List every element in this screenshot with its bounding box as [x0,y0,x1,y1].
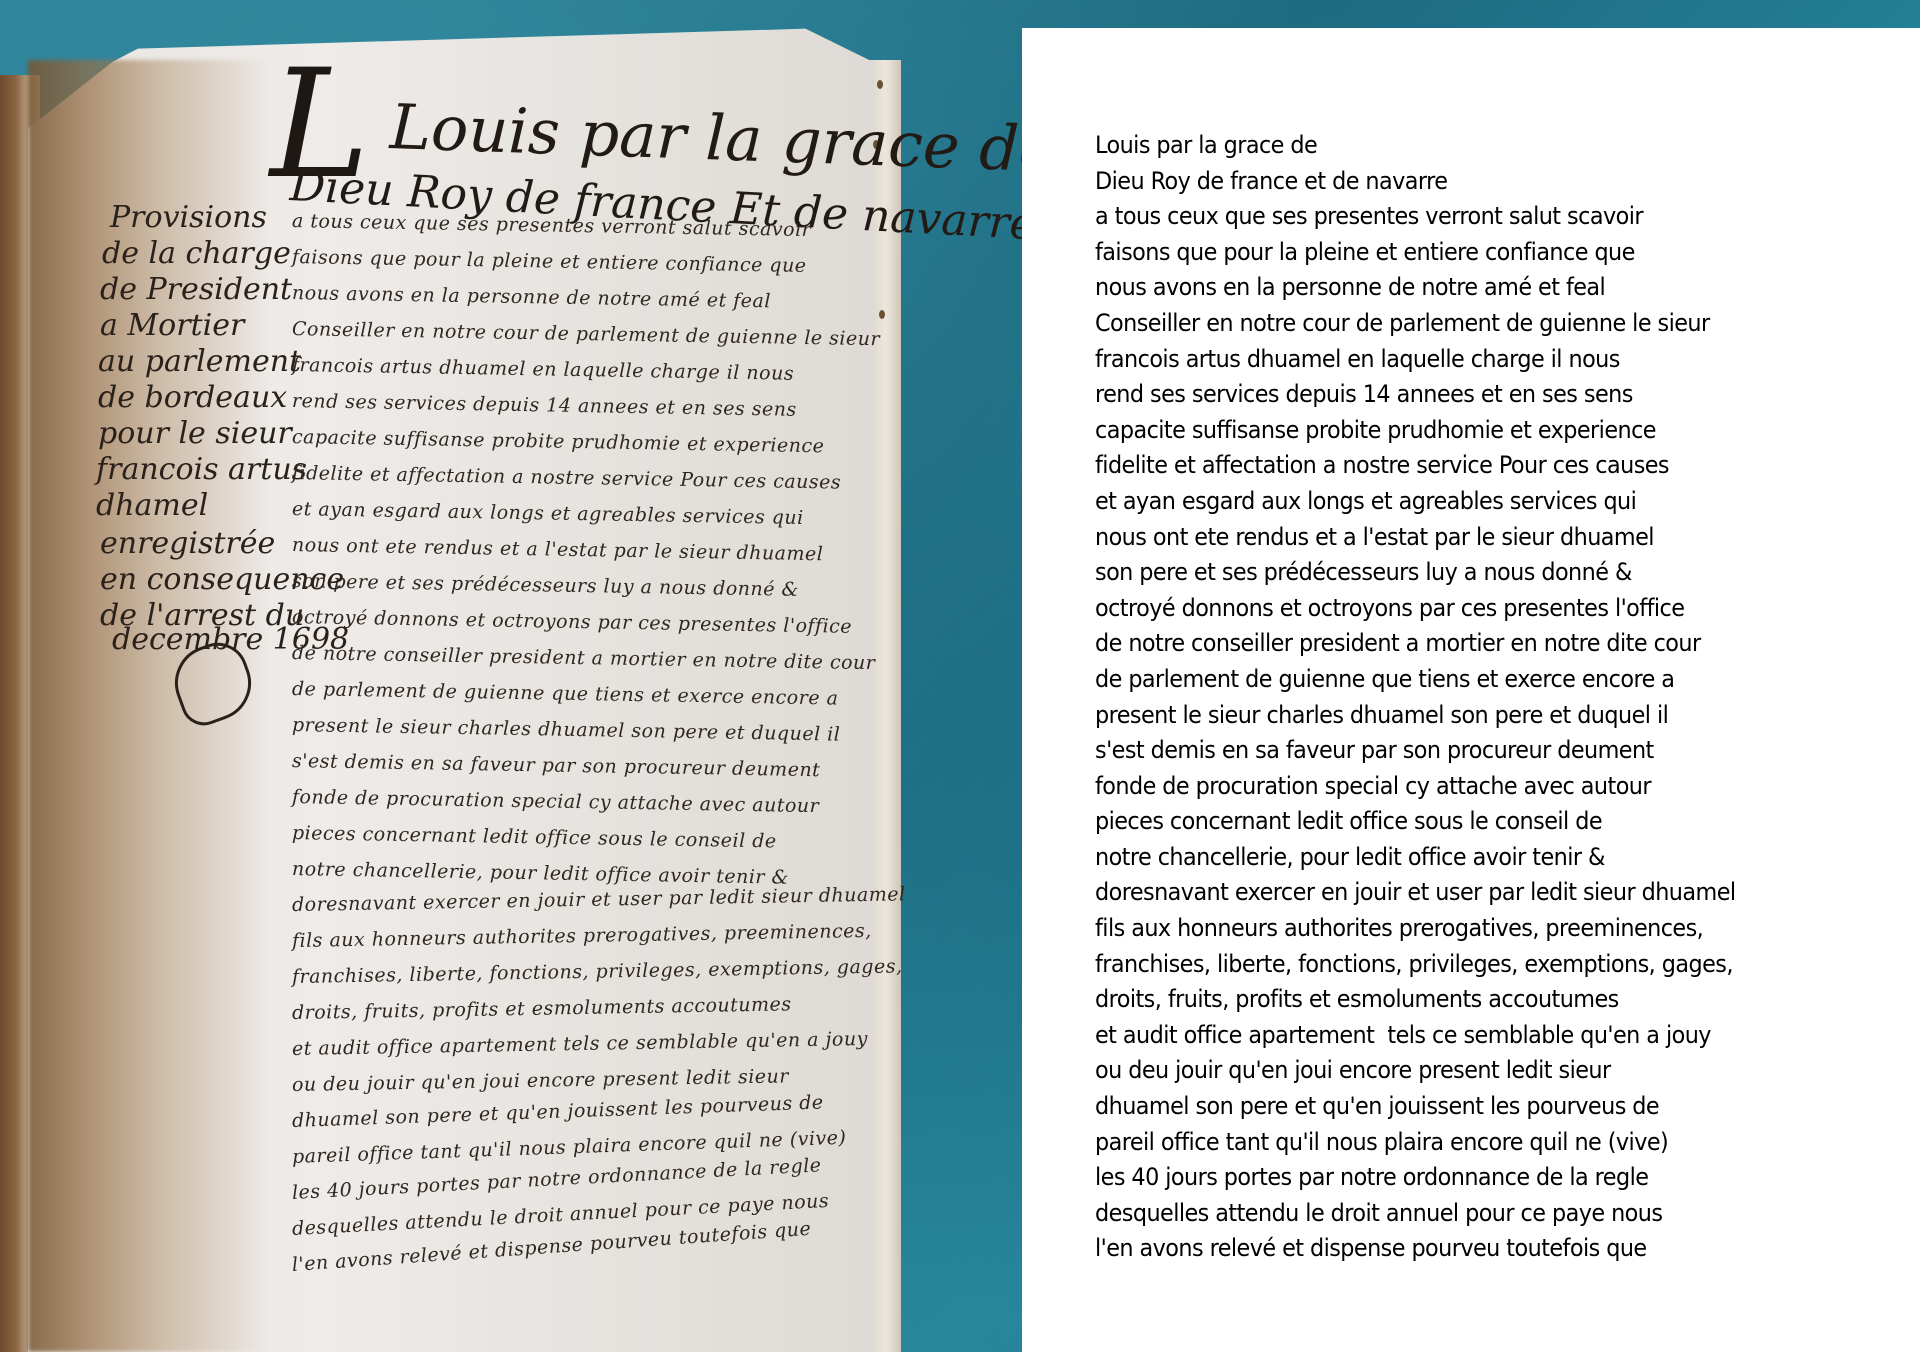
transcription-line: pareil office tant qu'il nous plaira enc… [1095,1125,1736,1161]
transcription-line: et ayan esgard aux longs et agreables se… [1095,484,1736,520]
transcription-line: notre chancellerie, pour ledit office av… [1095,840,1736,876]
transcription-line: desquelles attendu le droit annuel pour … [1095,1196,1736,1232]
transcription-line: fonde de procuration special cy attache … [1095,769,1736,805]
transcription-line: ou deu jouir qu'en joui encore present l… [1095,1053,1736,1089]
transcription-line: son pere et ses prédécesseurs luy a nous… [1095,555,1736,591]
transcription-line: octroyé donnons et octroyons par ces pre… [1095,591,1736,627]
margin-note: de bordeaux [98,380,287,415]
transcription-line: Louis par la grace de [1095,128,1736,164]
transcription-panel: Louis par la grace de Dieu Roy de france… [1022,28,1920,1352]
margin-note: Provisions [110,200,267,235]
transcription-line: Conseiller en notre cour de parlement de… [1095,306,1736,342]
margin-note: a Mortier [100,308,244,343]
transcription-line: de notre conseiller president a mortier … [1095,626,1736,662]
transcription-line: faisons que pour la pleine et entiere co… [1095,235,1736,271]
transcription-line: l'en avons relevé et dispense pourveu to… [1095,1231,1736,1267]
margin-note: enregistrée [100,526,275,561]
transcription-line: nous ont ete rendus et a l'estat par le … [1095,520,1736,556]
transcription-line: et audit office apartement tels ce sembl… [1095,1018,1736,1054]
transcription-line: droits, fruits, profits et esmoluments a… [1095,982,1736,1018]
transcription-line: dhuamel son pere et qu'en jouissent les … [1095,1089,1736,1125]
transcription-text: Louis par la grace de Dieu Roy de france… [1095,128,1784,1267]
transcription-line: les 40 jours portes par notre ordonnance… [1095,1160,1736,1196]
transcription-line: nous avons en la personne de notre amé e… [1095,270,1736,306]
transcription-line: capacite suffisanse probite prudhomie et… [1095,413,1736,449]
transcription-line: rend ses services depuis 14 annees et en… [1095,377,1736,413]
transcription-line: franchises, liberte, fonctions, privileg… [1095,947,1736,983]
margin-note: au parlement [98,344,301,379]
transcription-line: s'est demis en sa faveur par son procure… [1095,733,1736,769]
transcription-line: fidelite et affectation a nostre service… [1095,448,1736,484]
margin-note: dhamel [96,488,208,523]
transcription-line: de parlement de guienne que tiens et exe… [1095,662,1736,698]
transcription-line: a tous ceux que ses presentes verront sa… [1095,199,1736,235]
margin-note: de la charge [102,236,291,271]
transcription-line: doresnavant exercer en jouir et user par… [1095,875,1736,911]
transcription-line: Dieu Roy de france et de navarre [1095,164,1736,200]
manuscript-photo: L Louis par la grace de Dieu Roy de fran… [0,0,905,1352]
transcription-line: francois artus dhuamel en laquelle charg… [1095,342,1736,378]
margin-note: pour le sieur [98,416,292,451]
transcription-line: fils aux honneurs authorites prerogative… [1095,911,1736,947]
margin-note: de President [100,272,292,307]
margin-note: francois artus [96,452,307,487]
transcription-line: present le sieur charles dhuamel son per… [1095,698,1736,734]
transcription-line: pieces concernant ledit office sous le c… [1095,804,1736,840]
